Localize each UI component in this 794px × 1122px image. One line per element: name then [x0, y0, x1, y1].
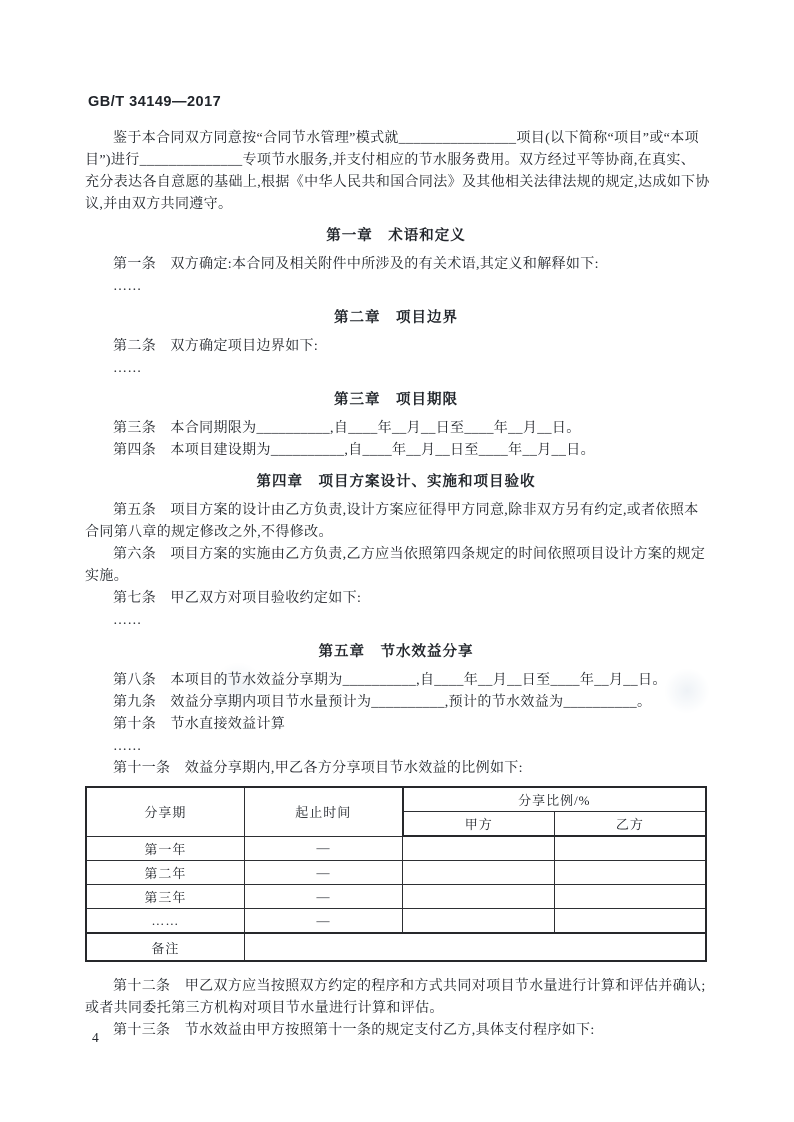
table-row: 第二年 —	[86, 861, 706, 885]
text-line: 第一条 双方确定:本合同及相关附件中所涉及的有关术语,其定义和解释如下:	[85, 254, 707, 276]
page-number: 4	[92, 1030, 99, 1046]
chapter-heading: 第三章 项目期限	[85, 389, 707, 411]
text-line: ……	[85, 358, 707, 380]
standard-code: GB/T 34149—2017	[88, 94, 221, 110]
cell-party-a	[403, 909, 555, 934]
text-line: 第四条 本项目建设期为__________,自____年__月__日至____年…	[85, 440, 707, 462]
cell-time: —	[244, 836, 402, 861]
text-line: 第七条 甲乙双方对项目验收约定如下:	[85, 588, 707, 610]
table-header-time-range: 起止时间	[244, 787, 402, 836]
text-line: 目”)进行______________专项节水服务,并支付相应的节水服务费用。双…	[85, 150, 707, 172]
text-line: 或者共同委托第三方机构对项目节水量进行计算和评估。	[85, 998, 707, 1020]
text-line: 第五条 项目方案的设计由乙方负责,设计方案应征得甲方同意,除非双方另有约定,或者…	[85, 500, 707, 522]
text-line: ……	[85, 736, 707, 758]
table-header-party-b: 乙方	[554, 812, 706, 837]
cell-party-a	[403, 861, 555, 885]
cell-party-b	[554, 885, 706, 909]
cell-period: 第二年	[86, 861, 244, 885]
chapter-heading: 第四章 项目方案设计、实施和项目验收	[85, 471, 707, 493]
table-header-party-a: 甲方	[403, 812, 555, 837]
text-line: ……	[85, 610, 707, 632]
cell-party-b	[554, 836, 706, 861]
text-line: 第十一条 效益分享期内,甲乙各方分享项目节水效益的比例如下:	[85, 758, 707, 780]
table-row: 第三年 —	[86, 885, 706, 909]
cell-time: —	[244, 885, 402, 909]
table-row: 第一年 —	[86, 836, 706, 861]
chapter-heading: 第五章 节水效益分享	[85, 641, 707, 663]
text-line: ……	[85, 276, 707, 298]
chapter-heading: 第一章 术语和定义	[85, 225, 707, 247]
cell-period: 第一年	[86, 836, 244, 861]
cell-party-b	[554, 909, 706, 934]
note-value	[244, 933, 706, 961]
table-note-row: 备注	[86, 933, 706, 961]
cell-time: —	[244, 861, 402, 885]
table-header-share-period: 分享期	[86, 787, 244, 836]
note-label: 备注	[86, 933, 244, 961]
text-line: 第十三条 节水效益由甲方按照第十一条的规定支付乙方,具体支付程序如下:	[85, 1020, 707, 1042]
text-line: 第九条 效益分享期内项目节水量预计为__________,预计的节水效益为___…	[85, 692, 707, 714]
cell-period: ……	[86, 909, 244, 934]
text-line: 第八条 本项目的节水效益分享期为__________,自____年__月__日至…	[85, 670, 707, 692]
cell-party-a	[403, 885, 555, 909]
document-body: 鉴于本合同双方同意按“合同节水管理”模式就________________项目(…	[85, 128, 707, 1042]
document-section-bottom: 第十二条 甲乙双方应当按照双方约定的程序和方式共同对项目节水量进行计算和评估并确…	[85, 976, 707, 1042]
text-line: 议,并由双方共同遵守。	[85, 194, 707, 216]
table-row: …… —	[86, 909, 706, 934]
table-header-share-ratio: 分享比例/%	[403, 787, 706, 812]
text-line: 第三条 本合同期限为__________,自____年__月__日至____年_…	[85, 418, 707, 440]
text-line: 合同第八章的规定修改之外,不得修改。	[85, 522, 707, 544]
text-line: 鉴于本合同双方同意按“合同节水管理”模式就________________项目(…	[85, 128, 707, 150]
text-line: 第二条 双方确定项目边界如下:	[85, 336, 707, 358]
chapter-heading: 第二章 项目边界	[85, 307, 707, 329]
text-line: 第十条 节水直接效益计算	[85, 714, 707, 736]
text-line: 实施。	[85, 566, 707, 588]
cell-party-b	[554, 861, 706, 885]
cell-party-a	[403, 836, 555, 861]
cell-time: —	[244, 909, 402, 934]
text-line: 第六条 项目方案的实施由乙方负责,乙方应当依照第四条规定的时间依照项目设计方案的…	[85, 544, 707, 566]
document-section-top: 鉴于本合同双方同意按“合同节水管理”模式就________________项目(…	[85, 128, 707, 780]
text-line: 第十二条 甲乙双方应当按照双方约定的程序和方式共同对项目节水量进行计算和评估并确…	[85, 976, 707, 998]
cell-period: 第三年	[86, 885, 244, 909]
text-line: 充分表达各自意愿的基础上,根据《中华人民共和国合同法》及其他相关法律法规的规定,…	[85, 172, 707, 194]
benefit-share-table: 分享期 起止时间 分享比例/% 甲方 乙方 第一年 — 第二年 — 第三	[85, 786, 707, 962]
